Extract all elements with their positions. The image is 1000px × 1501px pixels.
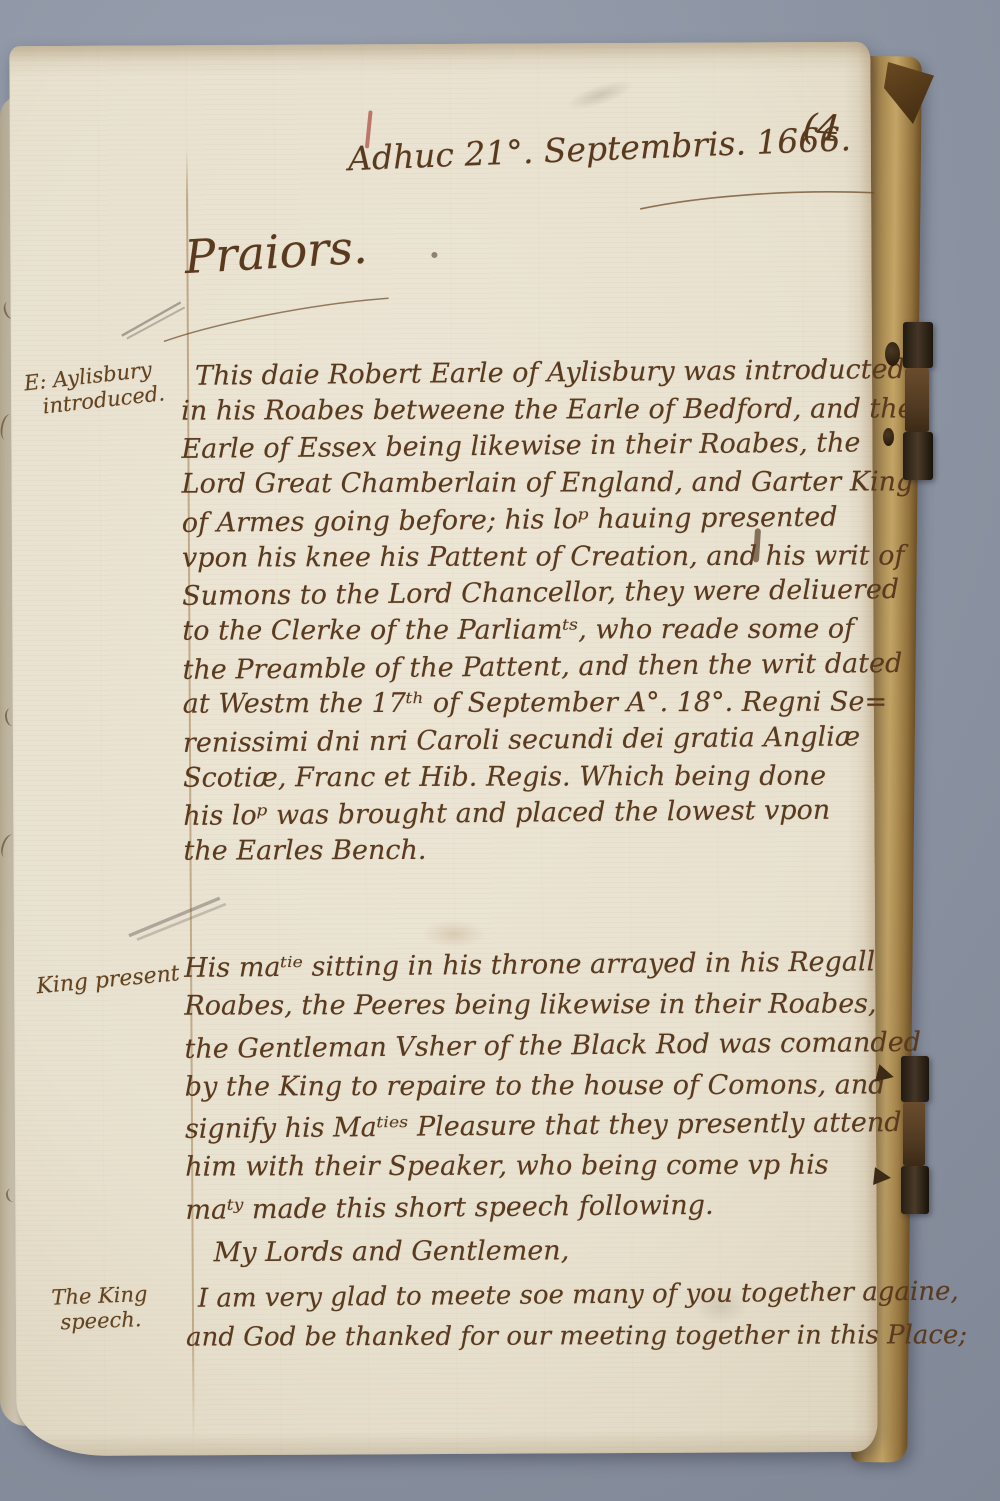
clasp-nail: [873, 1167, 892, 1187]
manuscript-line: at Westm the 17ᵗʰ of September A°. 18°. …: [183, 685, 883, 724]
manuscript-line: Lord Great Chamberlain of England, and G…: [182, 465, 882, 504]
clasp-segment: [903, 432, 933, 480]
manuscript-line: the Gentleman Vsher of the Black Rod was…: [184, 1023, 890, 1070]
manuscript-line: signify his Maᵗⁱᵉˢ Pleasure that they pr…: [185, 1103, 891, 1150]
manuscript-line: and God be thanked for our meeting toget…: [186, 1315, 902, 1358]
clasp-segment: [905, 368, 929, 432]
metal-clasp-top: [903, 322, 933, 480]
clasp-rivet: [885, 342, 900, 366]
manuscript-line: him with their Speaker, who being come v…: [185, 1146, 891, 1189]
speech-opening-lines: I am very glad to meete soe many of you …: [186, 1274, 902, 1360]
manuscript-line: the Preamble of the Pattent, and then th…: [182, 646, 882, 689]
manuscript-line: His maᵗⁱᵉ sitting in his throne arrayed …: [184, 942, 890, 989]
section-flourish: [161, 290, 393, 345]
manuscript-page: (4 Adhuc 21°. Septembris. 1666. Praiors.…: [9, 42, 877, 1456]
margin-note-line: speech.: [52, 1307, 149, 1336]
manuscript-line: his loᵖ was brought and placed the lowes…: [183, 793, 883, 836]
date-heading: Adhuc 21°. Septembris. 1666.: [347, 119, 851, 178]
manuscript-line: vpon his knee his Pattent of Creation, a…: [182, 538, 882, 577]
manuscript-line: of Armes going before; his loᵖ hauing pr…: [182, 499, 882, 542]
paragraph-earl-introduction: This daie Robert Earle of Aylisbury was …: [181, 354, 884, 872]
paragraph-king-in-throne: His maᵗⁱᵉ sitting in his throne arrayed …: [184, 944, 891, 1230]
pencil-mark: [126, 887, 230, 944]
manuscript-line: Sumons to the Lord Chancellor, they were…: [182, 572, 882, 615]
manuscript-photo: (4 Adhuc 21°. Septembris. 1666. Praiors.…: [0, 0, 1000, 1501]
manuscript-line: Roabes, the Peeres being likewise in the…: [184, 985, 890, 1028]
clasp-segment: [903, 322, 933, 368]
clasp-segment: [901, 1166, 929, 1214]
manuscript-line: Scotiæ, Franc et Hib. Regis. Which being…: [183, 758, 883, 797]
margin-note-aylisbury-introduced: E: Aylisbury introduced.: [23, 356, 166, 420]
manuscript-line: maᵗʸ made this short speech following.: [185, 1184, 891, 1231]
manuscript-line: This daie Robert Earle of Aylisbury was …: [181, 352, 881, 395]
manuscript-line: by the King to repaire to the house of C…: [185, 1065, 891, 1108]
pencil-mark: [119, 295, 191, 339]
date-underline-flourish: [638, 184, 878, 213]
metal-clasp-bottom: [901, 1056, 929, 1214]
manuscript-line: the Earles Bench.: [183, 832, 883, 871]
stain: [422, 920, 486, 948]
manuscript-line: in his Roabes betweene the Earle of Bedf…: [181, 391, 881, 430]
smudge: [563, 75, 636, 116]
speech-salutation: My Lords and Gentlemen,: [214, 1235, 570, 1268]
clasp-rivet: [883, 428, 894, 446]
ink-speck: [431, 252, 437, 258]
margin-note-king-speech: The King speech.: [51, 1282, 149, 1335]
section-heading: Praiors.: [183, 220, 369, 284]
manuscript-line: I am very glad to meete soe many of you …: [186, 1272, 902, 1320]
manuscript-line: renissimi dni nri Caroli secundi dei gra…: [183, 719, 883, 762]
manuscript-line: to the Clerke of the Parliamᵗˢ, who read…: [182, 611, 882, 650]
manuscript-line: Earle of Essex being likewise in their R…: [181, 426, 881, 469]
margin-note-line: The King: [51, 1282, 148, 1311]
margin-note-king-present: King present: [35, 961, 180, 1000]
clasp-segment: [903, 1102, 925, 1166]
clasp-segment: [901, 1056, 929, 1102]
